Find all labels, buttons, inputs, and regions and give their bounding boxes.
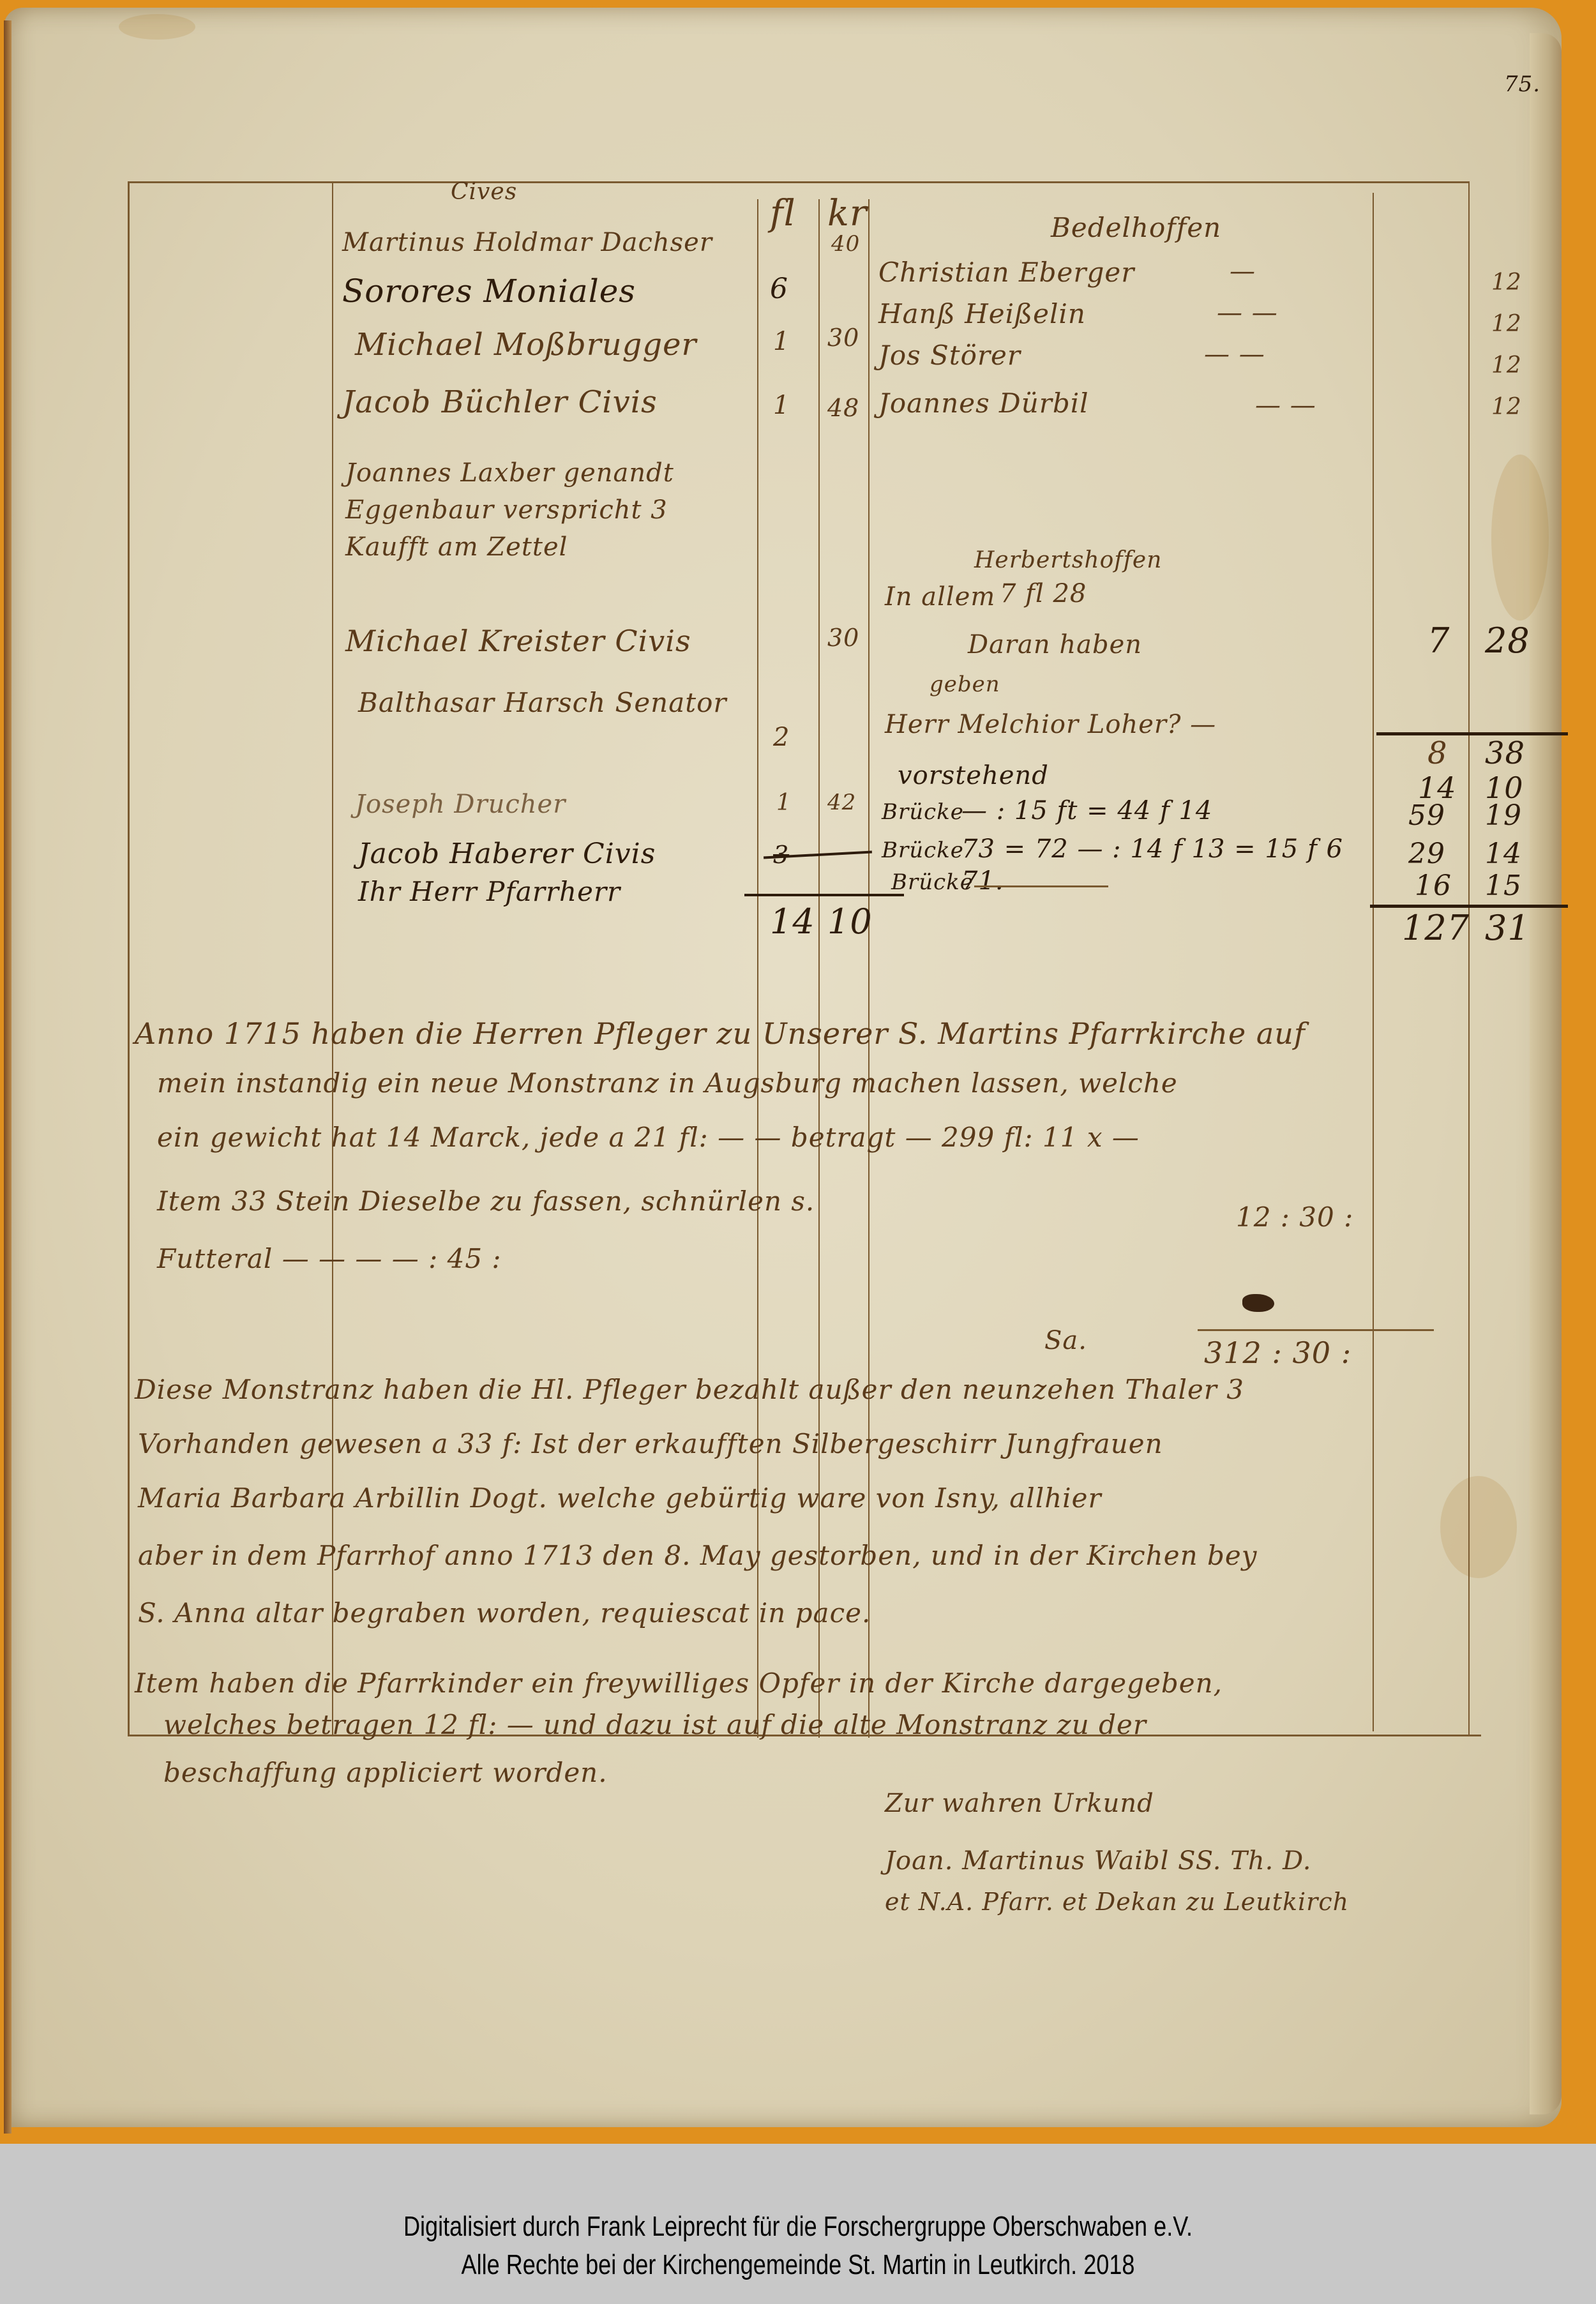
table-row-fl: 1 (773, 391, 790, 420)
table-row-kr: 42 (827, 790, 856, 815)
text-line: Item haben die Pfarrkinder ein freywilli… (135, 1668, 1223, 1699)
table-row-kr: 30 (827, 324, 859, 352)
text-line: Maria Barbara Arbillin Dogt. welche gebü… (138, 1482, 1102, 1514)
table-row-name: Jacob Haberer Civis (358, 838, 656, 870)
in-allem-value: 7 fl 28 (1000, 579, 1087, 608)
right-fl-rule (1373, 193, 1374, 1731)
table-row-fl: 1 (776, 790, 792, 816)
table-row-name: Joseph Drucher (355, 790, 566, 819)
caption-line-2: Alle Rechte bei der Kirchengemeinde St. … (144, 2246, 1452, 2284)
table-row-name: Joannes Laxber genandt Eggenbaur verspri… (345, 455, 741, 566)
dash: — — (1255, 391, 1316, 420)
subtotal-fl: 8 (1427, 735, 1448, 771)
total-kr: 10 (827, 901, 873, 942)
kr-header: kr (827, 193, 868, 234)
text-line: aber in dem Pfarrhof anno 1713 den 8. Ma… (138, 1540, 1257, 1571)
signature-line: et N.A. Pfarr. et Dekan zu Leutkirch (885, 1888, 1349, 1916)
table-row-amount: 12 (1491, 394, 1522, 420)
daran-fl: 7 (1427, 621, 1450, 661)
item-kr: 19 (1485, 799, 1522, 832)
dash: — (1230, 257, 1256, 286)
melchior-line: Herr Melchior Loher? — (885, 710, 1216, 739)
manuscript-page: 75. Cives fl kr Martinus Holdmar Dachser… (4, 8, 1562, 2127)
table-row-amount: 12 (1491, 269, 1522, 296)
dash: — — (1217, 298, 1278, 328)
table-row-name: Ihr Herr Pfarrherr (358, 876, 621, 907)
copyright-caption: Digitalisiert durch Frank Leiprecht für … (0, 2144, 1596, 2304)
table-row-name: Christian Eberger (878, 257, 1134, 288)
subtotal-kr: 38 (1485, 735, 1525, 771)
table-row-fl: 2 (773, 723, 790, 752)
item-calc: — : 15 ft = 44 f 14 (961, 796, 1212, 825)
table-row-fl: 1 (773, 327, 790, 356)
table-row-name: Michael Kreister Civis (345, 624, 691, 658)
text-line: Vorhanden gewesen a 33 f: Ist der erkauf… (138, 1428, 1163, 1459)
text-line: ein gewicht hat 14 Marck, jede a 21 fl: … (157, 1122, 1140, 1153)
table-row-name: Joannes Dürbil (878, 388, 1089, 419)
item-underline (974, 885, 1108, 887)
table-row-name: Balthasar Harsch Senator (358, 684, 741, 721)
right-margin-rule (1468, 181, 1470, 1736)
item-fl: 59 (1408, 799, 1445, 832)
amount-line: 12 : 30 : (1236, 1201, 1353, 1233)
table-row-name: Hanß Heißelin (878, 298, 1086, 329)
item-label: Brücke (882, 799, 964, 825)
grand-total-fl: 127 (1402, 908, 1470, 948)
top-rule (128, 181, 1468, 183)
item-calc: 73 = 72 — : 14 f 13 = 15 f 6 (961, 834, 1343, 864)
item-calc: 71. (961, 866, 1004, 896)
table-row-fl: 6 (770, 273, 788, 305)
item-fl: 29 (1408, 838, 1445, 870)
text-line: beschaffung appliciert worden. (163, 1757, 608, 1788)
table-row-kr: 30 (827, 624, 859, 652)
daran-kr: 28 (1485, 621, 1530, 661)
text-line: Diese Monstranz haben die Hl. Pfleger be… (135, 1374, 1244, 1405)
table-row-name: Martinus Holdmar Dachser (342, 228, 712, 257)
item-kr: 15 (1485, 870, 1522, 902)
gegeben-label: geben (930, 672, 1000, 697)
stain (119, 14, 195, 40)
subtotal-rule (1376, 732, 1568, 735)
in-allem-label: In allem (885, 582, 995, 612)
text-line: S. Anna altar begraben worden, requiesca… (138, 1597, 871, 1629)
signature-line: Joan. Martinus Waibl SS. Th. D. (885, 1846, 1311, 1876)
left-margin-rule (128, 181, 130, 1736)
stain (1491, 455, 1549, 621)
herbertshoffen-label: Herbertshoffen (974, 547, 1162, 573)
ink-blot (1242, 1294, 1274, 1312)
total-fl: 14 (770, 901, 815, 942)
sum-value: 312 : 30 : (1204, 1336, 1351, 1370)
book-binding (4, 20, 11, 2134)
total-rule (744, 894, 904, 896)
page-number: 75. (1504, 72, 1540, 97)
grand-total-kr: 31 (1485, 908, 1530, 948)
table-row-kr: 40 (831, 231, 860, 257)
fl-header: fl (770, 193, 796, 234)
table-row-name: Jacob Büchler Civis (342, 384, 658, 420)
text-line: mein instandig ein neue Monstranz in Aug… (157, 1067, 1178, 1099)
page-edge (1530, 33, 1562, 2114)
table-row-name: Sorores Moniales (342, 273, 636, 310)
sum-rule (1198, 1329, 1434, 1331)
table-row-amount: 12 (1491, 352, 1522, 379)
daran-haben-label: Daran haben (968, 630, 1142, 659)
signature-line: Zur wahren Urkund (885, 1789, 1154, 1818)
text-line: Anno 1715 haben die Herren Pfleger zu Un… (135, 1016, 1306, 1051)
table-row-name: Michael Moßbrugger (355, 327, 696, 363)
vorstehend-label: vorstehend (898, 761, 1049, 790)
table-row-name: Jos Störer (878, 340, 1021, 371)
text-line: Futteral — — — — : 45 : (157, 1243, 502, 1274)
item-kr: 14 (1485, 838, 1522, 870)
bedelhoffen-header: Bedelhoffen (1051, 212, 1221, 243)
text-line: welches betragen 12 fl: — und dazu ist a… (163, 1709, 1147, 1740)
text-line: Item 33 Stein Dieselbe zu fassen, schnür… (157, 1186, 815, 1217)
sum-label: Sa. (1044, 1326, 1087, 1355)
stain (1440, 1476, 1517, 1578)
dash: — — (1204, 340, 1265, 369)
caption-line-1: Digitalisiert durch Frank Leiprecht für … (144, 2208, 1452, 2246)
cives-header: Cives (451, 179, 517, 205)
item-fl: 16 (1415, 870, 1452, 902)
item-label: Brücke (882, 838, 964, 863)
table-row-kr: 48 (827, 394, 859, 422)
table-row-amount: 12 (1491, 311, 1522, 337)
